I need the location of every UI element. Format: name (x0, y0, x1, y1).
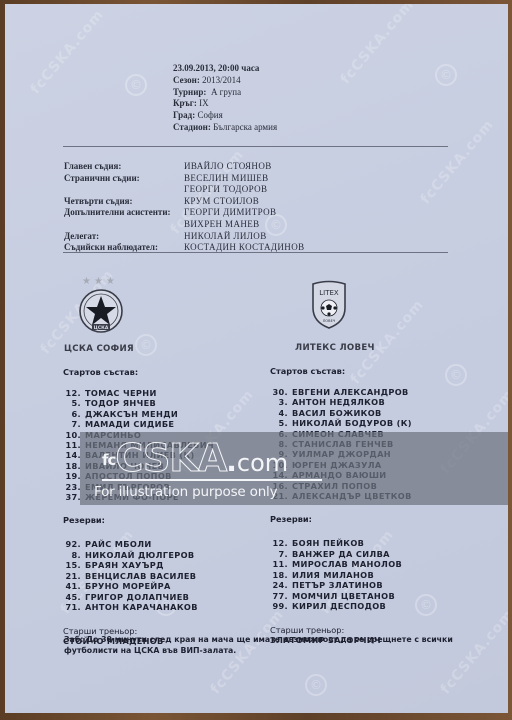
official-row: Делегат:НИКОЛАЙ ЛИЛОВ (64, 231, 305, 243)
watermark-banner: fcCSKA.com For illustration purpose only (80, 432, 508, 505)
litex-shield-crest-icon: LITEX ЛОВЕЧ (309, 280, 349, 330)
player-name: ДЖАКСЪН МЕНДИ (85, 409, 178, 419)
away-coach-label: Старши треньор: (270, 625, 487, 635)
logo-underline (102, 479, 322, 481)
player-row: 41.БРУНО МОРЕЙРА (60, 581, 260, 591)
player-row: 77.МОМЧИЛ ЦВЕТАНОВ (267, 591, 487, 601)
official-role: Главен съдия: (64, 161, 184, 173)
player-name: ВАНЖЕР ДА СИЛВА (292, 549, 390, 559)
official-name: НИКОЛАЙ ЛИЛОВ (184, 231, 267, 243)
player-number: 8. (60, 550, 81, 560)
copyright-icon: © (125, 74, 147, 96)
player-name: НИКОЛАЙ ДЮЛГЕРОВ (85, 550, 195, 560)
official-row: Допълнителни асистенти:ГЕОРГИ ДИМИТРОВ (64, 207, 305, 219)
official-name: ИВАЙЛО СТОЯНОВ (184, 161, 272, 173)
player-row: 45.ГРИГОР ДОЛАПЧИЕВ (60, 592, 260, 602)
city-label: Град: (173, 110, 195, 120)
player-number: 41. (60, 581, 81, 591)
player-name: ИЛИЯ МИЛАНОВ (292, 570, 374, 580)
player-row: 99.КИРИЛ ДЕСПОДОВ (267, 601, 487, 611)
player-row: 5.НИКОЛАЙ БОДУРОВ (К) (267, 418, 487, 428)
home-starting-label: Стартов състав: (63, 367, 260, 377)
watermark-subtitle: For illustration purpose only (94, 484, 277, 500)
player-row: 11.МИРОСЛАВ МАНОЛОВ (267, 559, 487, 569)
player-row: 21.ВЕНЦИСЛАВ ВАСИЛЕВ (60, 571, 260, 581)
player-name: МОМЧИЛ ЦВЕТАНОВ (292, 591, 395, 601)
player-row: 12.БОЯН ПЕЙКОВ (267, 538, 487, 548)
away-starting-label: Стартов състав: (270, 366, 487, 376)
divider-top (63, 146, 448, 147)
player-number: 12. (60, 388, 81, 398)
copyright-icon: © (435, 64, 457, 86)
player-number: 5. (60, 398, 81, 408)
player-number: 4. (267, 408, 288, 418)
player-number: 92. (60, 539, 81, 549)
player-name: БОЯН ПЕЙКОВ (292, 538, 364, 548)
player-number: 12. (267, 538, 288, 548)
player-number: 5. (267, 418, 288, 428)
tournament-label: Турнир: (173, 87, 206, 97)
official-row: ГЕОРГИ ТОДОРОВ (64, 184, 305, 196)
player-row: 4.ВАСИЛ БОЖИКОВ (267, 408, 487, 418)
player-name: ВЕНЦИСЛАВ ВАСИЛЕВ (85, 571, 196, 581)
player-number: 24. (267, 580, 288, 590)
player-name: ЕВГЕНИ АЛЕКСАНДРОВ (292, 387, 409, 397)
match-info: 23.09.2013, 20:00 часа Сезон: 2013/2014 … (173, 63, 277, 134)
tournament-value: А група (211, 87, 241, 97)
player-row: 92.РАЙС МБОЛИ (60, 539, 260, 549)
season-value: 2013/2014 (202, 75, 241, 85)
player-number: 10. (60, 430, 81, 440)
official-role (64, 184, 184, 196)
player-number: 99. (267, 601, 288, 611)
away-reserves-label: Резерви: (270, 514, 487, 524)
match-datetime: 23.09.2013, 20:00 часа (173, 63, 259, 73)
official-row: Главен съдия:ИВАЙЛО СТОЯНОВ (64, 161, 305, 173)
player-row: 7.МАМАДИ СИДИБЕ (60, 419, 260, 429)
player-name: ПЕТЪР ЗЛАТИНОВ (292, 580, 383, 590)
player-name: АНТОН КАРАЧАНАКОВ (85, 602, 198, 612)
player-number: 6. (60, 409, 81, 419)
stadium-value: Българска армия (213, 122, 277, 132)
player-name: БРАЯН ХАУЪРД (85, 560, 164, 570)
cska-star-crest-icon: ЦСКА (78, 288, 124, 334)
official-row: Четвърти съдия:КРУМ СТОИЛОВ (64, 196, 305, 208)
official-name: КРУМ СТОИЛОВ (184, 196, 259, 208)
svg-text:ЛОВЕЧ: ЛОВЕЧ (323, 319, 336, 323)
city-value: София (197, 110, 222, 120)
player-number: 11. (267, 559, 288, 569)
player-number: 7. (60, 419, 81, 429)
fccska-logo: fcCSKA.com (102, 436, 288, 480)
player-name: НИКОЛАЙ БОДУРОВ (К) (292, 418, 412, 428)
litex-crest: LITEX ЛОВЕЧ (267, 276, 377, 346)
player-name: МАМАДИ СИДИБЕ (85, 419, 174, 429)
official-role (64, 219, 184, 231)
player-row: 30.ЕВГЕНИ АЛЕКСАНДРОВ (267, 387, 487, 397)
player-number: 71. (60, 602, 81, 612)
player-number: 45. (60, 592, 81, 602)
player-name: АНТОН НЕДЯЛКОВ (292, 397, 385, 407)
season-label: Сезон: (173, 75, 200, 85)
player-name: ТОМАС ЧЕРНИ (85, 388, 157, 398)
watermark-tile-text: fcCSKA.com (338, 4, 418, 87)
player-name: ВАСИЛ БОЖИКОВ (292, 408, 382, 418)
player-number: 3. (267, 397, 288, 407)
copyright-icon: © (305, 674, 327, 696)
official-role: Допълнителни асистенти: (64, 207, 184, 219)
watermark-tile-text: fcCSKA.com (28, 7, 108, 98)
official-role: Делегат: (64, 231, 184, 243)
player-name: ТОДОР ЯНЧЕВ (85, 398, 156, 408)
round-value: IX (199, 98, 209, 108)
player-name: БРУНО МОРЕЙРА (85, 581, 171, 591)
player-number: 15. (60, 560, 81, 570)
player-name: ГРИГОР ДОЛАПЧИЕВ (85, 592, 189, 602)
player-row: 15.БРАЯН ХАУЪРД (60, 560, 260, 570)
official-role: Странични съдии: (64, 173, 184, 185)
stars-icon: ★★★ (82, 276, 118, 287)
home-reserves-label: Резерви: (63, 515, 260, 525)
player-name: РАЙС МБОЛИ (85, 539, 152, 549)
official-name: ВИХРЕН МАНЕВ (184, 219, 260, 231)
round-label: Кръг: (173, 98, 197, 108)
divider-bottom (63, 252, 448, 253)
official-name: ГЕОРГИ ДИМИТРОВ (184, 207, 276, 219)
svg-text:LITEX: LITEX (319, 289, 339, 297)
player-name: МИРОСЛАВ МАНОЛОВ (292, 559, 402, 569)
player-row: 3.АНТОН НЕДЯЛКОВ (267, 397, 487, 407)
lineup-sheet: fcCSKA.com©fcCSKA.com©fcCSKA.com©fcCSKA.… (5, 4, 508, 713)
watermark-tile-text: fcCSKA.com (418, 117, 498, 208)
player-row: 24.ПЕТЪР ЗЛАТИНОВ (267, 580, 487, 590)
officials-list: Главен съдия:ИВАЙЛО СТОЯНОВСтранични съд… (64, 161, 305, 254)
cska-crest: ★★★ ЦСКА (64, 276, 139, 346)
player-number: 23. (60, 482, 81, 492)
official-name: ВЕСЕЛИН МИШЕВ (184, 173, 269, 185)
player-row: 18.ИЛИЯ МИЛАНОВ (267, 570, 487, 580)
note-text: Заб: До 30 минути след края на мача ще и… (64, 635, 474, 656)
player-name: КИРИЛ ДЕСПОДОВ (292, 601, 386, 611)
official-row: ВИХРЕН МАНЕВ (64, 219, 305, 231)
player-number: 37. (60, 492, 81, 502)
player-row: 71.АНТОН КАРАЧАНАКОВ (60, 602, 260, 612)
away-reserves-list: 12.БОЯН ПЕЙКОВ7.ВАНЖЕР ДА СИЛВА11.МИРОСЛ… (267, 538, 487, 611)
player-number: 14. (60, 450, 81, 460)
player-number: 21. (60, 571, 81, 581)
player-number: 77. (267, 591, 288, 601)
player-number: 18. (60, 461, 81, 471)
player-row: 7.ВАНЖЕР ДА СИЛВА (267, 549, 487, 559)
official-role: Четвърти съдия: (64, 196, 184, 208)
stadium-label: Стадион: (173, 122, 211, 132)
player-row: 6.ДЖАКСЪН МЕНДИ (60, 409, 260, 419)
player-number: 7. (267, 549, 288, 559)
player-row: 12.ТОМАС ЧЕРНИ (60, 388, 260, 398)
official-row: Странични съдии:ВЕСЕЛИН МИШЕВ (64, 173, 305, 185)
home-reserves-list: 92.РАЙС МБОЛИ8.НИКОЛАЙ ДЮЛГЕРОВ15.БРАЯН … (60, 539, 260, 612)
player-row: 5.ТОДОР ЯНЧЕВ (60, 398, 260, 408)
player-number: 30. (267, 387, 288, 397)
player-number: 18. (267, 570, 288, 580)
player-number: 11. (60, 440, 81, 450)
svg-text:ЦСКА: ЦСКА (94, 325, 109, 331)
player-row: 8.НИКОЛАЙ ДЮЛГЕРОВ (60, 550, 260, 560)
player-number: 19. (60, 471, 81, 481)
official-name: ГЕОРГИ ТОДОРОВ (184, 184, 267, 196)
